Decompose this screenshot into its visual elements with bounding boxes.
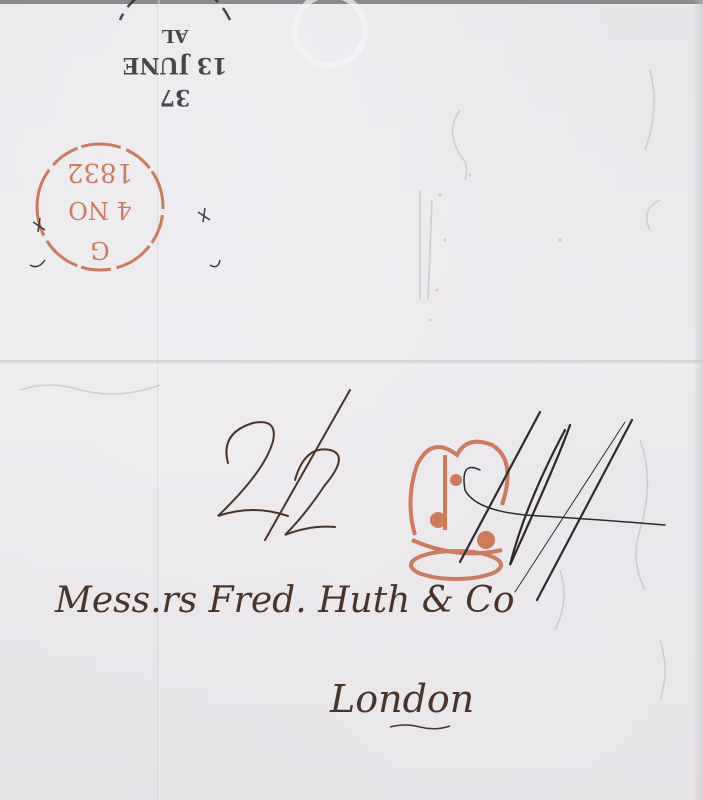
cover-markings: 37 13 JUNE AL G 4 NO 1832 [0,0,703,800]
black-datestamp: 37 13 JUNE AL [120,0,230,110]
svg-text:AL: AL [161,25,189,46]
embossed-seal [295,0,365,65]
svg-text:G: G [90,236,109,264]
svg-text:4 NO: 4 NO [68,196,132,224]
address-line-1: Mess.rs Fred. Huth & Co [54,580,515,621]
svg-text:1832: 1832 [67,157,133,187]
address-line-2: London [329,677,474,721]
red-datestamp: G 4 NO 1832 [37,144,163,270]
crown-stamp [410,442,507,579]
rate-2-2 [218,390,350,540]
postal-cover: 37 13 JUNE AL G 4 NO 1832 [0,0,703,800]
address-block: Mess.rs Fred. Huth & Co London [54,580,515,721]
underline-flourish [390,725,450,729]
svg-text:13 JUNE: 13 JUNE [123,52,228,78]
foxing-spots [429,174,562,322]
svg-text:37: 37 [160,84,191,110]
